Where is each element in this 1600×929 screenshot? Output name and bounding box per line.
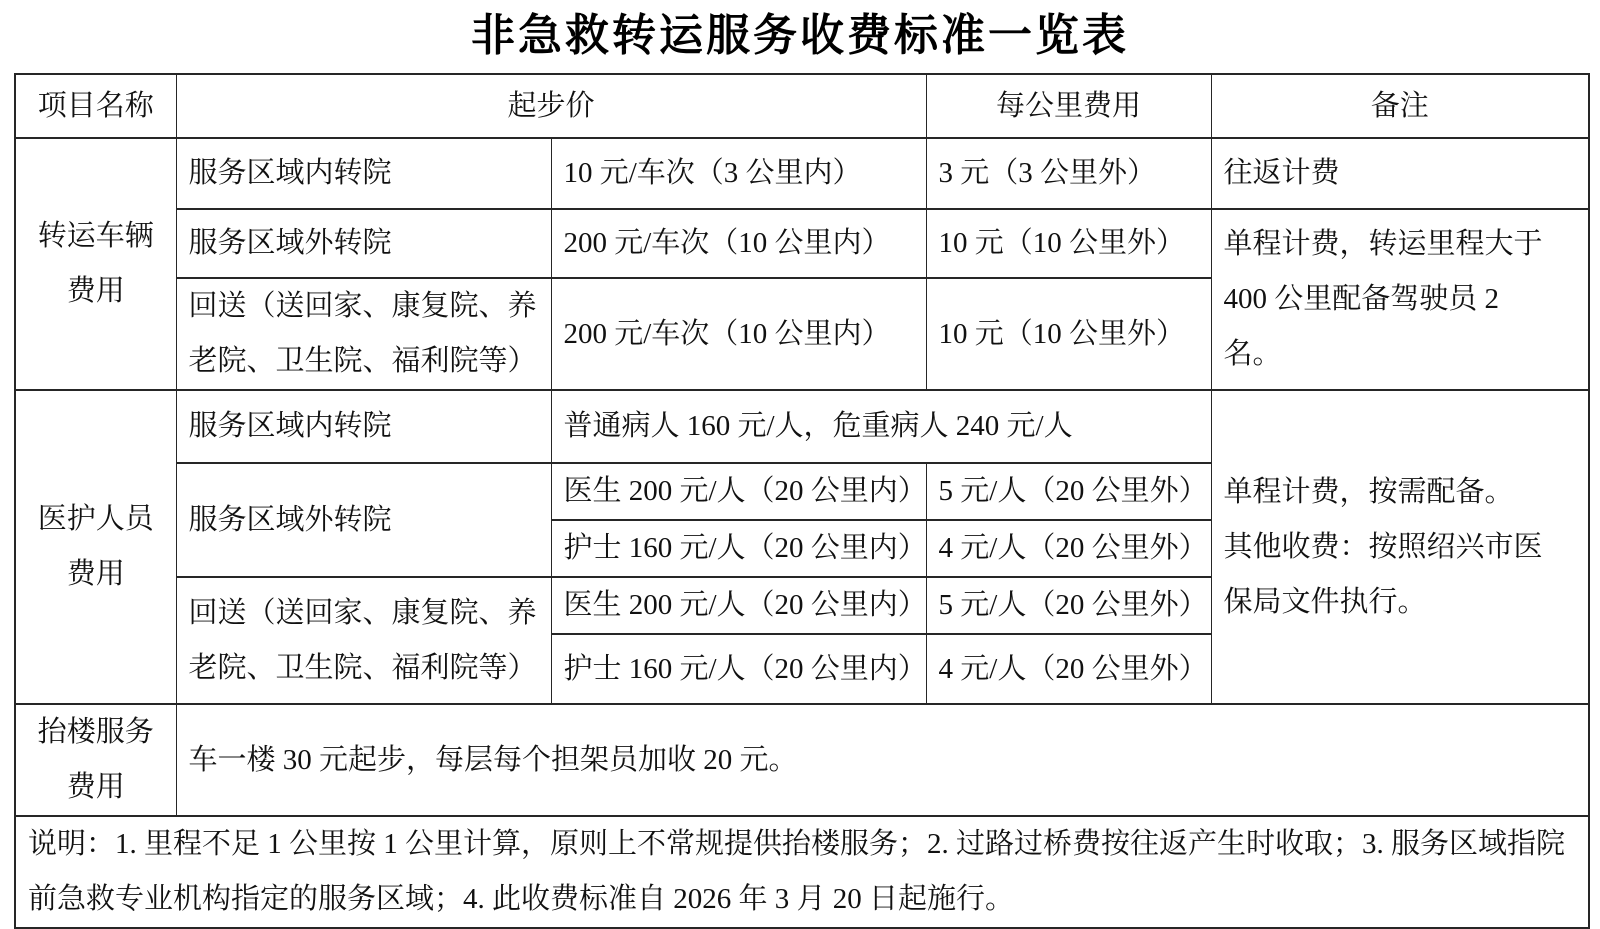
staff-out-area-nurse-per-km: 4 元/人（20 公里外） xyxy=(926,520,1211,577)
header-row: 项目名称 起步价 每公里费用 备注 xyxy=(15,74,1589,138)
vehicle-in-area-base: 10 元/车次（3 公里内） xyxy=(551,138,926,209)
staff-return-item: 回送（送回家、康复院、养老院、卫生院、福利院等） xyxy=(176,577,551,704)
stairs-fee-cell: 车一楼 30 元起步，每层每个担架员加收 20 元。 xyxy=(176,704,1589,816)
table-row: 转运车辆 费用 服务区域内转院 10 元/车次（3 公里内） 3 元（3 公里外… xyxy=(15,138,1589,209)
vehicle-in-area-per-km: 3 元（3 公里外） xyxy=(926,138,1211,209)
header-per-km-label: 每公里费用 xyxy=(926,74,1211,138)
staff-category-cell: 医护人员 费用 xyxy=(15,390,176,704)
vehicle-return-base: 200 元/车次（10 公里内） xyxy=(551,278,926,390)
vehicle-out-area-per-km: 10 元（10 公里外） xyxy=(926,209,1211,278)
staff-in-area-fee: 普通病人 160 元/人，危重病人 240 元/人 xyxy=(551,390,1211,463)
vehicle-in-area-remark: 往返计费 xyxy=(1211,138,1589,209)
staff-return-doctor-base: 医生 200 元/人（20 公里内） xyxy=(551,577,926,634)
staff-return-nurse-per-km: 4 元/人（20 公里外） xyxy=(926,634,1211,704)
table-row: 说明：1. 里程不足 1 公里按 1 公里计算，原则上不常规提供抬楼服务；2. … xyxy=(15,816,1589,928)
header-remark-label: 备注 xyxy=(1211,74,1589,138)
table-row: 抬楼服务 费用 车一楼 30 元起步，每层每个担架员加收 20 元。 xyxy=(15,704,1589,816)
vehicle-merged-remark: 单程计费，转运里程大于 400 公里配备驾驶员 2 名。 xyxy=(1211,209,1589,390)
vehicle-return-per-km: 10 元（10 公里外） xyxy=(926,278,1211,390)
notes-cell: 说明：1. 里程不足 1 公里按 1 公里计算，原则上不常规提供抬楼服务；2. … xyxy=(15,816,1589,928)
vehicle-in-area-item: 服务区域内转院 xyxy=(176,138,551,209)
staff-return-nurse-base: 护士 160 元/人（20 公里内） xyxy=(551,634,926,704)
staff-out-area-item: 服务区域外转院 xyxy=(176,463,551,577)
staff-out-area-doctor-per-km: 5 元/人（20 公里外） xyxy=(926,463,1211,520)
stairs-category-cell: 抬楼服务 费用 xyxy=(15,704,176,816)
table-row: 医护人员 费用 服务区域内转院 普通病人 160 元/人，危重病人 240 元/… xyxy=(15,390,1589,463)
header-project-label: 项目名称 xyxy=(15,74,176,138)
page-title: 非急救转运服务收费标准一览表 xyxy=(0,8,1600,64)
vehicle-category-cell: 转运车辆 费用 xyxy=(15,138,176,390)
fee-table: 项目名称 起步价 每公里费用 备注 转运车辆 费用 服务区域内转院 10 元/车… xyxy=(14,73,1590,929)
staff-merged-remark: 单程计费，按需配备。 其他收费：按照绍兴市医 保局文件执行。 xyxy=(1211,390,1589,704)
vehicle-return-item: 回送（送回家、康复院、养老院、卫生院、福利院等） xyxy=(176,278,551,390)
header-base-price-label: 起步价 xyxy=(176,74,926,138)
staff-in-area-item: 服务区域内转院 xyxy=(176,390,551,463)
staff-out-area-nurse-base: 护士 160 元/人（20 公里内） xyxy=(551,520,926,577)
staff-out-area-doctor-base: 医生 200 元/人（20 公里内） xyxy=(551,463,926,520)
staff-return-doctor-per-km: 5 元/人（20 公里外） xyxy=(926,577,1211,634)
vehicle-out-area-item: 服务区域外转院 xyxy=(176,209,551,278)
vehicle-out-area-base: 200 元/车次（10 公里内） xyxy=(551,209,926,278)
table-row: 服务区域外转院 200 元/车次（10 公里内） 10 元（10 公里外） 单程… xyxy=(15,209,1589,278)
